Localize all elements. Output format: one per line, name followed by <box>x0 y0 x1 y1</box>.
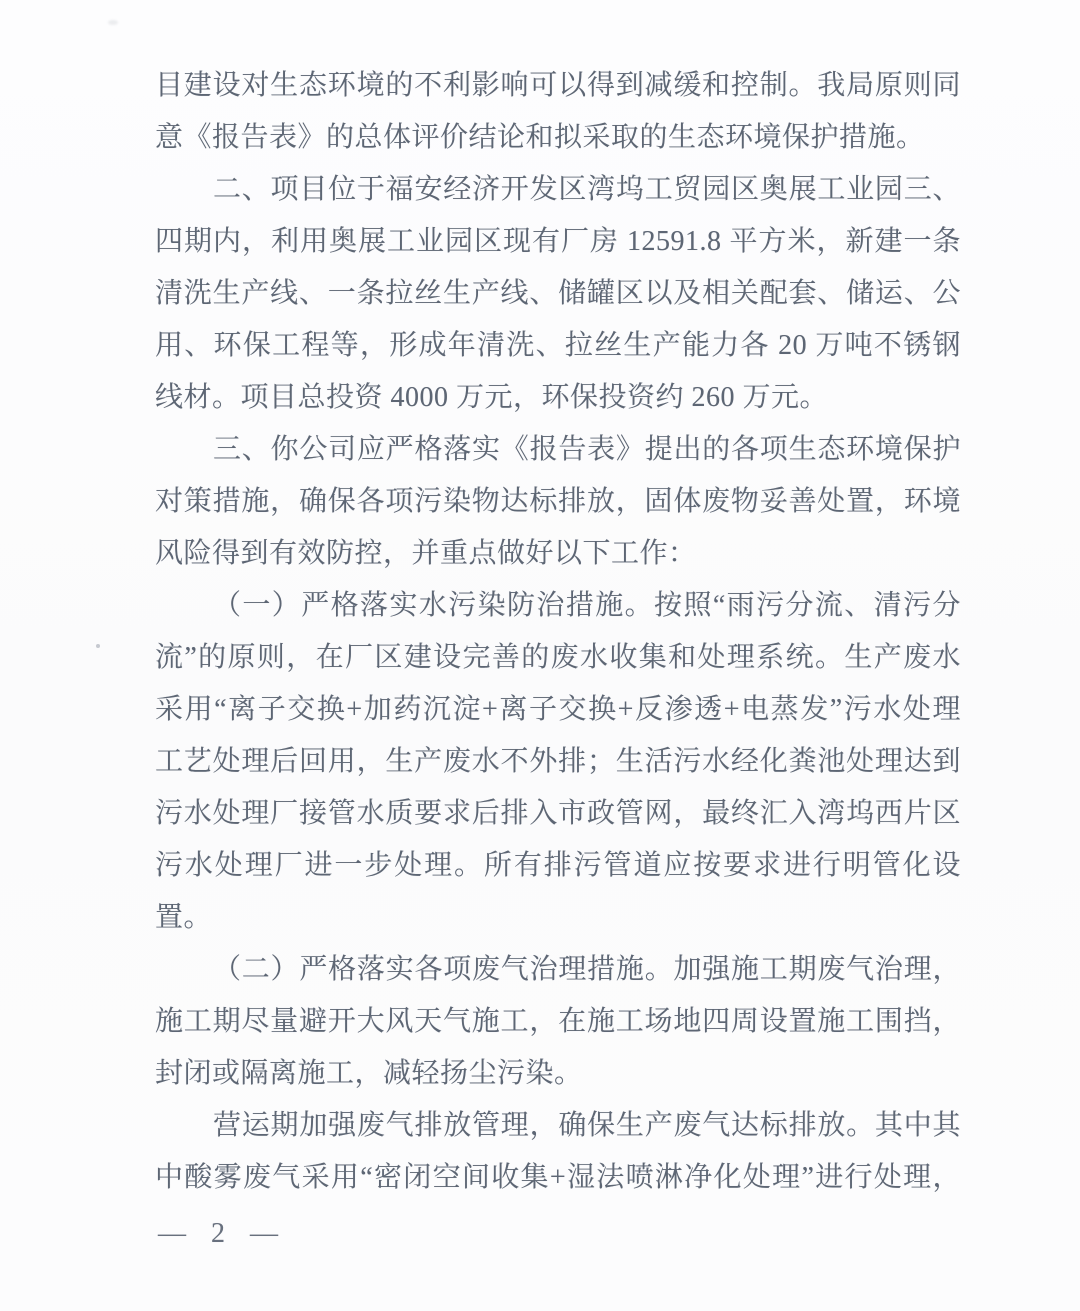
scan-speck <box>108 20 118 25</box>
text-line: 中酸雾废气采用“密闭空间收集+湿法喷淋净化处理”进行处理， <box>155 1152 961 1204</box>
document-body: 目建设对生态环境的不利影响可以得到减缓和控制。我局原则同意《报告表》的总体评价结… <box>155 60 961 1204</box>
document-page: 目建设对生态环境的不利影响可以得到减缓和控制。我局原则同意《报告表》的总体评价结… <box>0 0 1080 1311</box>
text-line: 目建设对生态环境的不利影响可以得到减缓和控制。我局原则同 <box>155 60 961 112</box>
text-line: （一）严格落实水污染防治措施。按照“雨污分流、清污分 <box>155 580 961 632</box>
text-line: 二、项目位于福安经济开发区湾坞工贸园区奥展工业园三、 <box>155 164 961 216</box>
text-line: （二）严格落实各项废气治理措施。加强施工期废气治理， <box>155 944 961 996</box>
text-line: 流”的原则，在厂区建设完善的废水收集和处理系统。生产废水 <box>155 632 961 684</box>
page-number: — 2 — <box>158 1218 287 1250</box>
text-line: 用、环保工程等，形成年清洗、拉丝生产能力各 20 万吨不锈钢 <box>155 320 961 372</box>
text-line: 封闭或隔离施工，减轻扬尘污染。 <box>155 1048 961 1100</box>
text-line: 三、你公司应严格落实《报告表》提出的各项生态环境保护 <box>155 424 961 476</box>
text-line: 工艺处理后回用，生产废水不外排；生活污水经化粪池处理达到 <box>155 736 961 788</box>
text-line: 施工期尽量避开大风天气施工，在施工场地四周设置施工围挡， <box>155 996 961 1048</box>
text-line: 意《报告表》的总体评价结论和拟采取的生态环境保护措施。 <box>155 112 961 164</box>
text-line: 营运期加强废气排放管理，确保生产废气达标排放。其中其 <box>155 1100 961 1152</box>
text-line: 污水处理厂进一步处理。所有排污管道应按要求进行明管化设 <box>155 840 961 892</box>
text-line: 污水处理厂接管水质要求后排入市政管网，最终汇入湾坞西片区 <box>155 788 961 840</box>
text-line: 对策措施，确保各项污染物达标排放，固体废物妥善处置，环境 <box>155 476 961 528</box>
text-line: 清洗生产线、一条拉丝生产线、储罐区以及相关配套、储运、公 <box>155 268 961 320</box>
text-line: 四期内，利用奥展工业园区现有厂房 12591.8 平方米，新建一条 <box>155 216 961 268</box>
text-line: 风险得到有效防控，并重点做好以下工作： <box>155 528 961 580</box>
text-line: 置。 <box>155 892 961 944</box>
scan-speck <box>96 644 100 648</box>
text-line: 线材。项目总投资 4000 万元，环保投资约 260 万元。 <box>155 372 961 424</box>
text-line: 采用“离子交换+加药沉淀+离子交换+反渗透+电蒸发”污水处理 <box>155 684 961 736</box>
